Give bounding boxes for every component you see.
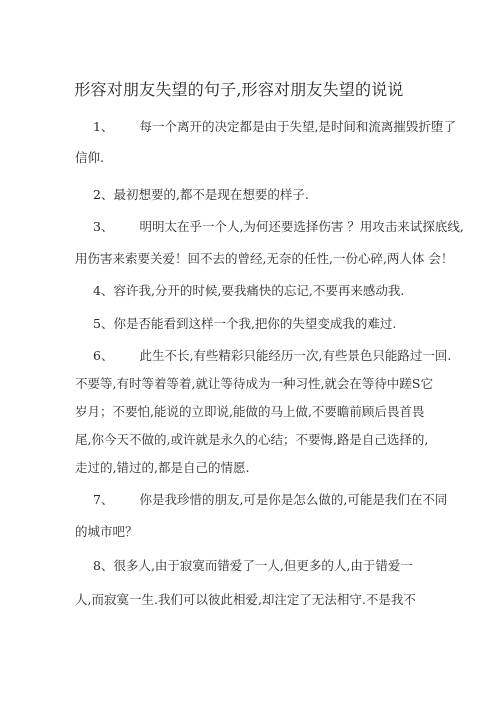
line-text: 尾,你今天不做的,或许就是永久的心结；不要悔,路是自己选择的, — [75, 432, 428, 447]
text-line-7: 5、你是否能看到这样一个我,把你的失望变成我的难过. — [93, 316, 443, 332]
text-line-3: 2、最初想要的,都不是现在想要的样子. — [93, 187, 443, 203]
document-page: 形容对朋友失望的句子,形容对朋友失望的说说 1、每一个离开的决定都是由于失望,是… — [0, 0, 500, 708]
line-text: 5、你是否能看到这样一个我,把你的失望变成我的难过. — [93, 316, 396, 331]
line-text: 此生不长,有些精彩只能经历一次,有些景色只能路过一回. — [139, 348, 451, 363]
line-text: 2、最初想要的,都不是现在想要的样子. — [93, 187, 309, 202]
line-text: 8、很多人,由于寂寞而错爱了一人,但更多的人,由于错爱一 — [93, 558, 413, 573]
text-line-8: 6、此生不长,有些精彩只能经历一次,有些景色只能路过一回. — [93, 348, 443, 364]
text-line-9: 不要等,有时等着等着,就让等待成为一种习性,就会在等待中蹉S它 — [75, 376, 425, 392]
text-line-4: 3、明明太在乎一个人,为何还要选择伤害 ？用攻击来试探底线, — [93, 219, 443, 235]
text-line-1: 1、每一个离开的决定都是由于失望,是时间和流离摧毁折堕了 — [93, 119, 443, 135]
text-line-15: 8、很多人,由于寂寞而错爱了一人,但更多的人,由于错爱一 — [93, 558, 443, 574]
line-text: 明明太在乎一个人,为何还要选择伤害 ？用攻击来试探底线, — [139, 219, 463, 234]
line-text: 的城市吧？ — [75, 524, 138, 539]
item-number: 3、 — [93, 219, 113, 234]
text-line-2: 信仰. — [75, 150, 425, 166]
text-line-10: 岁月；不要怕,能说的立即说,能做的马上做,不要瞻前顾后畏首畏 — [75, 404, 425, 420]
line-text: 信仰. — [75, 150, 104, 165]
text-line-5: 用伤害来索要关爱！回不去的曾经,无奈的任性,一份心碎,两人体 会！ — [75, 251, 425, 267]
item-number: 7、 — [93, 492, 113, 507]
line-text: 岁月；不要怕,能说的立即说,能做的马上做,不要瞻前顾后畏首畏 — [75, 404, 424, 419]
line-text: 走过的,错过的,都是自己的情愿. — [75, 460, 249, 475]
text-line-16: 人,而寂寞一生.我们可以彼此相爱,却注定了无法相守.不是我不 — [75, 592, 425, 608]
line-text: 不要等,有时等着等着,就让等待成为一种习性,就会在等待中蹉S它 — [75, 376, 433, 391]
text-line-12: 走过的,错过的,都是自己的情愿. — [75, 460, 425, 476]
line-text: 你是我珍惜的朋友,可是你是怎么做的,可能是我们在不同 — [139, 492, 447, 507]
text-line-14: 的城市吧？ — [75, 524, 425, 540]
line-text: 人,而寂寞一生.我们可以彼此相爱,却注定了无法相守.不是我不 — [75, 592, 416, 607]
line-text: 用伤害来索要关爱！回不去的曾经,无奈的任性,一份心碎,两人体 会！ — [75, 251, 453, 266]
item-number: 6、 — [93, 348, 113, 363]
item-number: 1、 — [93, 119, 113, 134]
document-title: 形容对朋友失望的句子,形容对朋友失望的说说 — [0, 80, 478, 100]
line-text: 每一个离开的决定都是由于失望,是时间和流离摧毁折堕了 — [139, 119, 455, 134]
text-line-11: 尾,你今天不做的,或许就是永久的心结；不要悔,路是自己选择的, — [75, 432, 425, 448]
text-line-6: 4、容许我,分开的时候,要我痛快的忘记,不要再来感动我. — [93, 283, 443, 299]
line-text: 4、容许我,分开的时候,要我痛快的忘记,不要再来感动我. — [93, 283, 404, 298]
text-line-13: 7、你是我珍惜的朋友,可是你是怎么做的,可能是我们在不同 — [93, 492, 443, 508]
